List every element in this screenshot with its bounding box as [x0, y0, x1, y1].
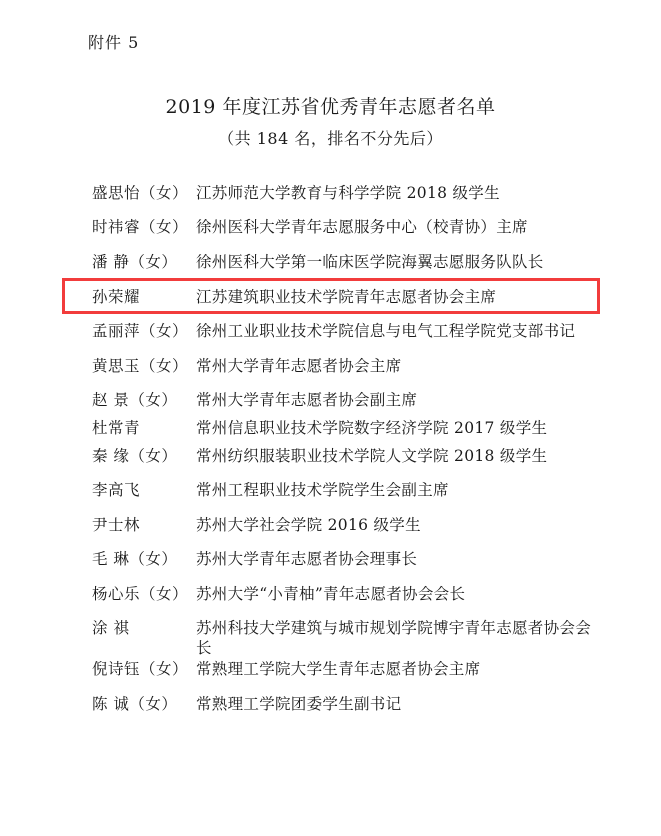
entry-name: 尹士林	[92, 515, 204, 535]
entry-desc: 苏州科技大学建筑与城市规划学院博宇青年志愿者协会会长	[196, 618, 601, 658]
entry-name: 孙荣耀	[92, 287, 204, 307]
entry-name: 秦 缘（女）	[92, 446, 204, 466]
entry-desc: 常州大学青年志愿者协会主席	[196, 356, 601, 376]
entry-name: 潘 静（女）	[92, 252, 204, 272]
entry-desc: 常州工程职业技术学院学生会副主席	[196, 480, 601, 500]
entry-name: 陈 诚（女）	[92, 694, 204, 714]
entry-name: 杨心乐（女）	[92, 584, 204, 604]
entry-desc: 徐州工业职业技术学院信息与电气工程学院党支部书记	[196, 321, 601, 341]
entry-name: 李高飞	[92, 480, 204, 500]
entry-desc: 苏州大学社会学院 2016 级学生	[196, 515, 601, 535]
document-subtitle: （共 184 名，排名不分先后）	[0, 126, 661, 149]
entry-name: 毛 琳（女）	[92, 549, 204, 569]
entry-desc: 徐州医科大学第一临床医学院海翼志愿服务队队长	[196, 252, 601, 272]
document-title: 2019 年度江苏省优秀青年志愿者名单	[0, 92, 661, 119]
entry-desc: 江苏建筑职业技术学院青年志愿者协会主席	[196, 287, 601, 307]
entry-name: 黄思玉（女）	[92, 356, 204, 376]
entry-desc: 常熟理工学院大学生青年志愿者协会主席	[196, 659, 601, 679]
entry-name: 赵 景（女）	[92, 390, 204, 410]
entry-desc: 苏州大学青年志愿者协会理事长	[196, 549, 601, 569]
entry-name: 涂 祺	[92, 618, 204, 638]
entry-desc: 常州纺织服装职业技术学院人文学院 2018 级学生	[196, 446, 601, 466]
entry-name: 杜常青	[92, 418, 204, 438]
entry-desc: 常熟理工学院团委学生副书记	[196, 694, 601, 714]
entry-desc: 徐州医科大学青年志愿服务中心（校青协）主席	[196, 217, 601, 237]
attachment-label: 附件 5	[88, 30, 139, 53]
entry-desc: 苏州大学“小青柚”青年志愿者协会会长	[196, 584, 601, 604]
entry-desc: 常州信息职业技术学院数字经济学院 2017 级学生	[196, 418, 601, 438]
entry-name: 时祎睿（女）	[92, 217, 204, 237]
entry-name: 倪诗钰（女）	[92, 659, 204, 679]
entry-name: 盛思怡（女）	[92, 183, 204, 203]
entry-name: 孟丽萍（女）	[92, 321, 204, 341]
entry-desc: 江苏师范大学教育与科学学院 2018 级学生	[196, 183, 601, 203]
entry-desc: 常州大学青年志愿者协会副主席	[196, 390, 601, 410]
